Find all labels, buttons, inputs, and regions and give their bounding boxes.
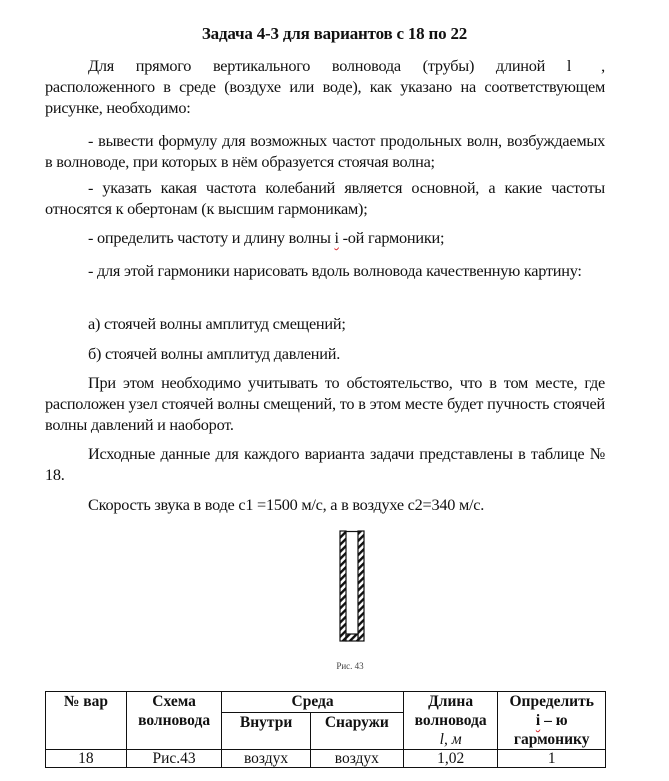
hatched-open-tube-icon [339, 530, 365, 642]
header-inside: Внутри [222, 713, 310, 750]
task-subitem-displacement: а) стоячей волны амплитуд смещений; [45, 313, 605, 334]
cell-inside: воздух [222, 750, 310, 768]
header-scheme-line1: Схема [152, 693, 196, 710]
intro-text-before: Для прямого вертикального волновода (тру… [88, 56, 545, 75]
header-scheme-line2: волновода [138, 712, 210, 729]
header-outside: Снаружи [310, 713, 403, 750]
variant-data-table: № вар Схема волновода Среда Длина волнов… [45, 691, 606, 768]
header-length-line2: волновода [415, 712, 487, 729]
item3-text: - определить частоту и длину волны [88, 228, 331, 247]
item3-suffix: -ой гармоники; [343, 228, 445, 247]
cell-length: 1,02 [403, 750, 498, 768]
task-item-drawing: - для этой гармоники нарисовать вдоль во… [45, 260, 605, 281]
header-scheme: Схема волновода [126, 692, 221, 750]
intro-text-after: расположенного в среде (воздухе или воде… [45, 77, 605, 117]
node-antinode-note: При этом необходимо учитывать то обстоят… [45, 372, 605, 435]
cell-variant: 18 [46, 750, 127, 768]
cell-harmonic: 1 [498, 750, 606, 768]
intro-paragraph: Для прямого вертикального волновода (тру… [45, 55, 605, 118]
task-item-fundamental: - указать какая частота колебаний являет… [45, 177, 605, 219]
task-item-harmonic: - определить частоту и длину волны i -ой… [45, 227, 605, 248]
header-variant: № вар [46, 692, 127, 750]
task-subitem-pressure: б) стоячей волны амплитуд давлений. [45, 343, 605, 364]
source-data-note: Исходные данные для каждого варианта зад… [45, 443, 605, 485]
cell-scheme: Рис.43 [126, 750, 221, 768]
header-length-unit: l, м [440, 731, 462, 748]
table-header-row: № вар Схема волновода Среда Длина волнов… [46, 692, 606, 713]
length-symbol: l [567, 56, 571, 75]
cell-outside: воздух [310, 750, 403, 768]
task-title: Задача 4-3 для вариантов с 18 по 22 [0, 24, 669, 44]
header-harmonic-line3: гармонику [514, 731, 590, 748]
document-page: Задача 4-3 для вариантов с 18 по 22 Для … [0, 0, 669, 781]
harmonic-index-i: i [334, 228, 338, 247]
sound-speed-note: Скорость звука в воде c1 =1500 м/с, а в … [45, 494, 605, 515]
header-medium: Среда [222, 692, 404, 713]
header-harmonic: Определить i – ю гармонику [498, 692, 606, 750]
header-harmonic-line1: Определить [509, 693, 593, 710]
header-length: Длина волновода l, м [403, 692, 498, 750]
header-length-line1: Длина [428, 693, 473, 710]
task-item-formula: - вывести формулу для возможных частот п… [45, 130, 605, 172]
header-harmonic-line2: – ю [540, 712, 567, 729]
intro-comma: , [601, 56, 605, 75]
table-row: 18 Рис.43 воздух воздух 1,02 1 [46, 750, 606, 768]
figure-caption: Рис. 43 [320, 661, 380, 671]
